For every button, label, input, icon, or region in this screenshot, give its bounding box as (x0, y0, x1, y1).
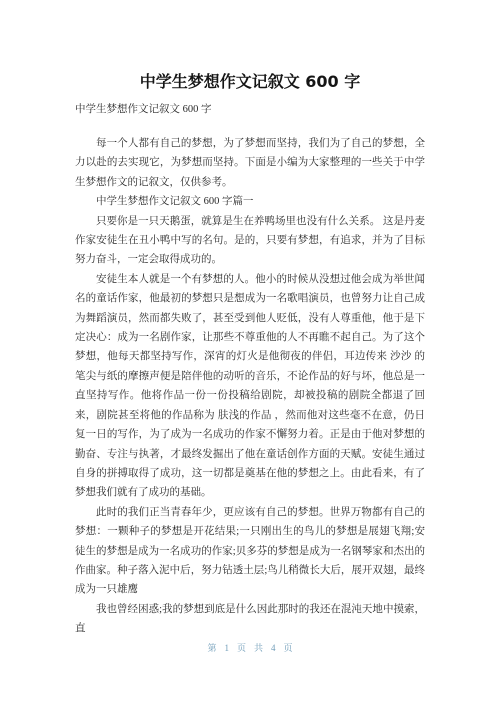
footer-label-page: 第 (207, 643, 216, 653)
paragraph: 安徒生本人就是一个有梦想的人。他小的时候从没想过他会成为举世闻名的童话作家，他最… (75, 270, 425, 503)
footer-label-page-unit: 页 (237, 643, 246, 653)
paragraph: 我也曾经困惑;我的梦想到底是什么因此那时的我还在混沌天地中摸索，直 (75, 600, 425, 639)
footer-label-of: 共 (254, 643, 263, 653)
document-subtitle: 中学生梦想作文记叙文 600 字 (75, 103, 425, 117)
paragraph: 此时的我们正当青春年少，更应该有自己的梦想。世界万物都有自己的梦想：一颗种子的梦… (75, 503, 425, 600)
footer-label-pages-unit: 页 (284, 643, 293, 653)
page-footer: 第1页共4页 (0, 642, 500, 654)
document-page: 中学生梦想作文记叙文 600 字 中学生梦想作文记叙文 600 字 每一个人都有… (0, 0, 500, 707)
section-heading: 中学生梦想作文记叙文 600 字篇一 (75, 192, 425, 211)
paragraph: 每一个人都有自己的梦想，为了梦想而坚持，我们为了自己的梦想，全力以赴的去实现它，… (75, 134, 425, 192)
document-title: 中学生梦想作文记叙文 600 字 (40, 72, 460, 92)
document-body: 每一个人都有自己的梦想，为了梦想而坚持，我们为了自己的梦想，全力以赴的去实现它，… (75, 134, 425, 639)
footer-current-page: 1 (224, 643, 229, 653)
footer-total-pages: 4 (271, 643, 276, 653)
paragraph: 只要你是一只天鹅蛋，就算是生在养鸭场里也没有什么关系。 这是丹麦作家安徒生在丑小… (75, 212, 425, 270)
